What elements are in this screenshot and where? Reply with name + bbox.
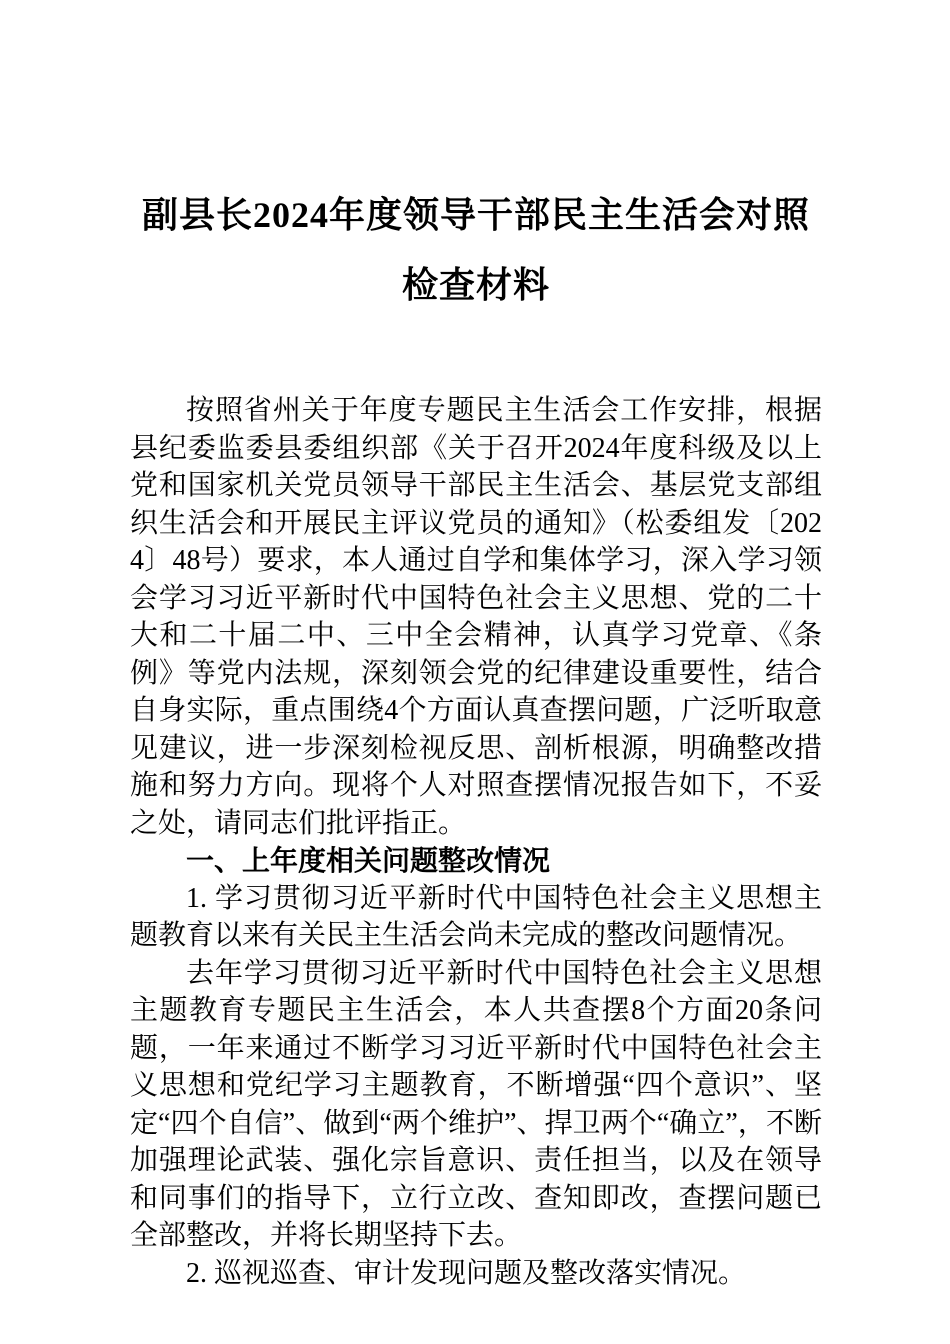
subitem-1: 1. 学习贯彻习近平新时代中国特色社会主义思想主题教育以来有关民主生活会尚未完成… [130,880,822,955]
subitem-2: 2. 巡视巡查、审计发现问题及整改落实情况。 [130,1255,822,1293]
section-heading-1: 一、上年度相关问题整改情况 [130,842,822,880]
document-page: 副县长2024年度领导干部民主生活会对照 检查材料 按照省州关于年度专题民主生活… [0,0,950,1344]
document-body: 按照省州关于年度专题民主生活会工作安排，根据县纪委监委县委组织部《关于召开202… [130,392,822,1292]
paragraph-intro: 按照省州关于年度专题民主生活会工作安排，根据县纪委监委县委组织部《关于召开202… [130,392,822,842]
document-title-line2: 检查材料 [130,250,822,320]
document-title-line1: 副县长2024年度领导干部民主生活会对照 [130,180,822,250]
document-content: 副县长2024年度领导干部民主生活会对照 检查材料 按照省州关于年度专题民主生活… [130,180,822,1292]
document-title: 副县长2024年度领导干部民主生活会对照 检查材料 [130,180,822,320]
paragraph-rectification: 去年学习贯彻习近平新时代中国特色社会主义思想主题教育专题民主生活会，本人共查摆8… [130,955,822,1255]
